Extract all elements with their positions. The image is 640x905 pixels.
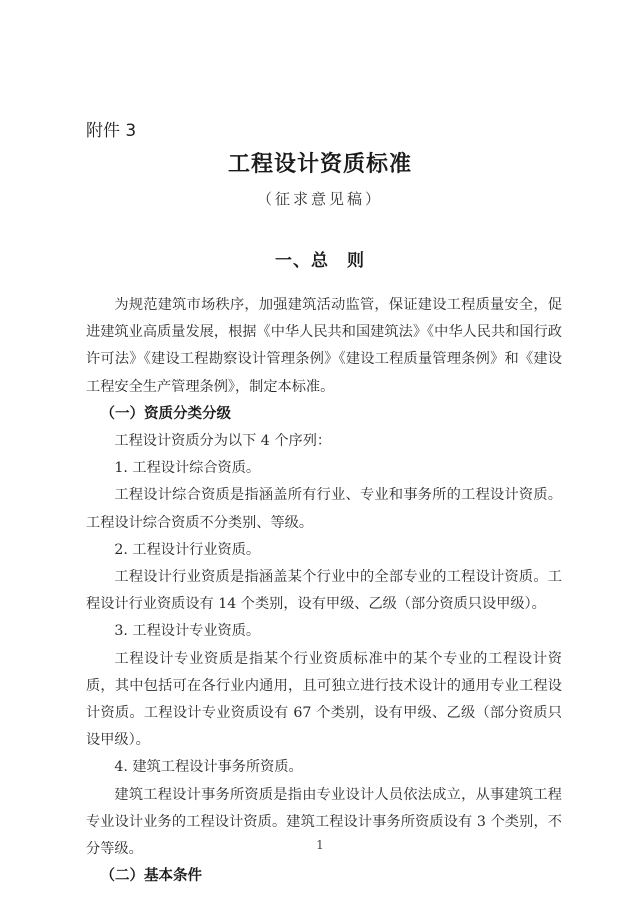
document-page: 附件 3 工程设计资质标准 （征求意见稿） 一、总 则 为规范建筑市场秩序，加强… xyxy=(0,0,640,905)
list-item-specialty: 3. 工程设计专业资质。 xyxy=(86,618,562,645)
paragraph-preamble: 为规范建筑市场秩序，加强建筑活动监管，保证建设工程质量安全，促进建筑业高质量发展… xyxy=(86,292,562,401)
list-item-comprehensive: 1. 工程设计综合资质。 xyxy=(86,455,562,482)
list-item-firm: 4. 建筑工程设计事务所资质。 xyxy=(86,754,562,781)
document-title: 工程设计资质标准 xyxy=(0,147,640,178)
section-heading-classification: （一）资质分类分级 xyxy=(86,401,562,428)
section-heading-basic-conditions: （二）基本条件 xyxy=(86,863,562,890)
list-item-industry: 2. 工程设计行业资质。 xyxy=(86,537,562,564)
annex-label: 附件 3 xyxy=(86,116,136,141)
paragraph-specialty: 工程设计专业资质是指某个行业资质标准中的某个专业的工程设计资质，其中包括可在各行… xyxy=(86,646,562,755)
paragraph-comprehensive: 工程设计综合资质是指涵盖所有行业、专业和事务所的工程设计资质。工程设计综合资质不… xyxy=(86,482,562,536)
document-subtitle: （征求意见稿） xyxy=(0,188,640,209)
document-body: 为规范建筑市场秩序，加强建筑活动监管，保证建设工程质量安全，促进建筑业高质量发展… xyxy=(86,292,562,890)
page-number: 1 xyxy=(0,838,640,852)
chapter-heading: 一、总 则 xyxy=(0,246,640,271)
paragraph-sequence-intro: 工程设计资质分为以下 4 个序列： xyxy=(86,428,562,455)
paragraph-industry: 工程设计行业资质是指涵盖某个行业中的全部专业的工程设计资质。工程设计行业资质设有… xyxy=(86,564,562,618)
